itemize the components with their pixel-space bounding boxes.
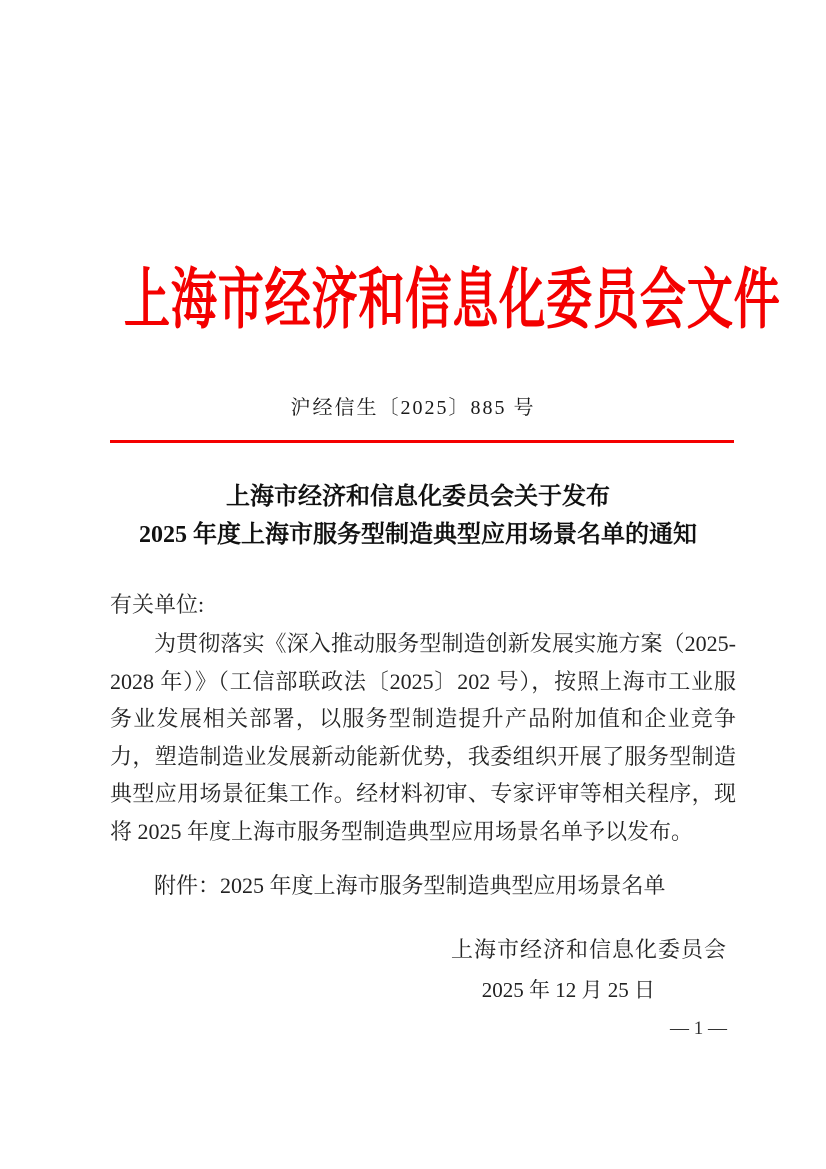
issuing-organization: 上海市经济和信息化委员会 bbox=[451, 935, 727, 965]
official-document-page: 上海市经济和信息化委员会文件 沪经信生〔2025〕885 号 上海市经济和信息化… bbox=[0, 0, 826, 1169]
document-reference-number: 沪经信生〔2025〕885 号 bbox=[0, 394, 826, 422]
issue-date: 2025 年 12 月 25 日 bbox=[482, 975, 655, 1005]
agency-letterhead-title: 上海市经济和信息化委员会文件 bbox=[124, 266, 702, 336]
notice-title-line-2: 2025 年度上海市服务型制造典型应用场景名单的通知 bbox=[100, 516, 736, 554]
notice-title: 上海市经济和信息化委员会关于发布 2025 年度上海市服务型制造典型应用场景名单… bbox=[100, 478, 736, 554]
red-separator-line bbox=[110, 440, 734, 443]
notice-title-line-1: 上海市经济和信息化委员会关于发布 bbox=[100, 478, 736, 516]
attachment-line: 附件：2025 年度上海市服务型制造典型应用场景名单 bbox=[110, 867, 736, 905]
page-number: — 1 — bbox=[670, 1016, 727, 1042]
salutation: 有关单位: bbox=[110, 590, 736, 620]
body-paragraph: 为贯彻落实《深入推动服务型制造创新发展实施方案（2025-2028 年）》（工信… bbox=[110, 625, 736, 850]
